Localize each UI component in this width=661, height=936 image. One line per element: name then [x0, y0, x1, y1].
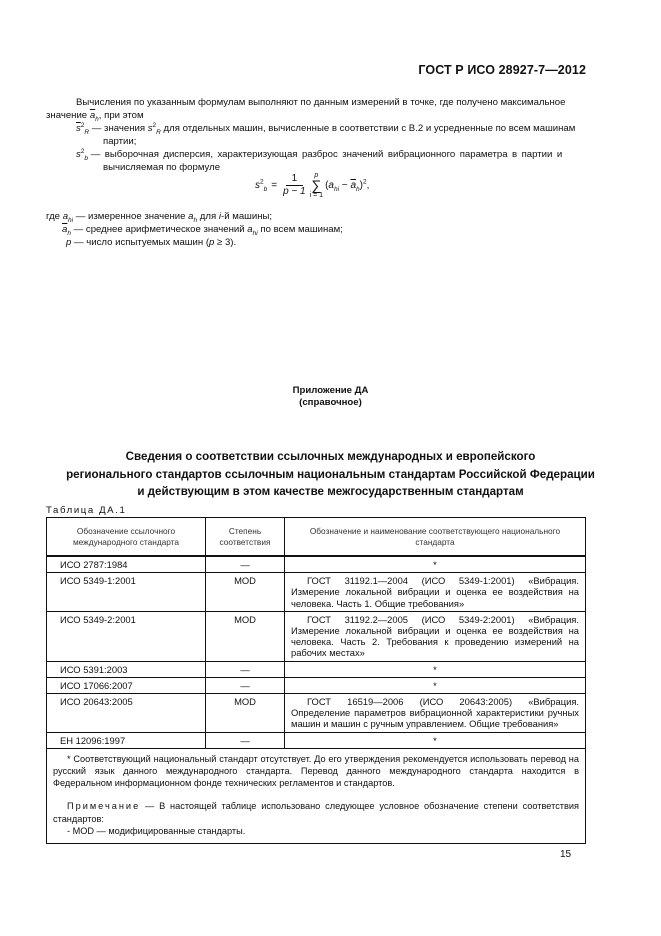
table-note: Примечание — В настоящей таблице использ… [53, 800, 579, 824]
page-number: 15 [560, 849, 571, 860]
table-notes-row: * Соответствующий национальный стандарт … [47, 748, 586, 843]
table-row: ИСО 20643:2005 MOD ГОСТ 16519—2006 (ИСО … [47, 694, 586, 733]
formula-lhs: s2b [255, 180, 267, 191]
definition-sb2: s2b — выборочная дисперсия, характеризую… [76, 148, 562, 161]
formula-body: (ahi − ah)2, [325, 180, 369, 191]
table-note-item: - MOD — модифицированные стандарты. [53, 825, 579, 837]
where-item-p: p — число испытуемых машин (p ≥ 3). [66, 236, 236, 249]
where-item-ahi: где ahi — измеренное значение ah для i-й… [46, 210, 272, 223]
table-row: ИСО 17066:2007 — * [47, 677, 586, 693]
table-row: ИСО 5349-1:2001 MOD ГОСТ 31192.1—2004 (И… [47, 573, 586, 612]
appendix-title: Приложение ДА [0, 385, 661, 397]
intro-line-1: Вычисления по указанным формулам выполня… [76, 96, 565, 109]
definition-sR2: s2R — значения s2R для отдельных машин, … [76, 122, 575, 135]
intro-line-2: значение ah, при этом [46, 109, 144, 122]
column-header-degree: Степень соответствия [206, 518, 285, 557]
column-header-national: Обозначение и наименование соответствующ… [285, 518, 586, 557]
column-header-reference: Обозначение ссылочного международного ст… [47, 518, 206, 557]
definition-sb2-continuation: вычисляемая по формуле [103, 161, 220, 174]
table-notes: * Соответствующий национальный стандарт … [47, 748, 586, 843]
table-footnote: * Соответствующий национальный стандарт … [53, 753, 579, 790]
where-item-ah-mean: ah — среднее арифметическое значений ahi… [62, 223, 343, 236]
formula-fraction: 1 p − 1 [283, 173, 306, 198]
definition-sR2-continuation: партии; [103, 135, 136, 148]
table-row: ИСО 2787:1984 — * [47, 556, 586, 573]
variance-formula: s2b = 1 p − 1 p ∑ i = 1 (ahi − ah)2, [255, 172, 369, 199]
table-row: ЕН 12096:1997 — * [47, 732, 586, 748]
correspondence-table: Обозначение ссылочного международного ст… [46, 517, 586, 844]
appendix-subtitle: (справочное) [0, 397, 661, 409]
document-header-standard-id: ГОСТ Р ИСО 28927-7—2012 [380, 63, 586, 77]
table-row: ИСО 5391:2003 — * [47, 661, 586, 677]
table-header-row: Обозначение ссылочного международного ст… [47, 518, 586, 557]
table-row: ИСО 5349-2:2001 MOD ГОСТ 31192.2—2005 (И… [47, 611, 586, 661]
section-title: Сведения о соответствии ссылочных междун… [0, 448, 661, 501]
appendix-heading: Приложение ДА (справочное) [0, 385, 661, 409]
table-caption: Таблица ДА.1 [46, 505, 126, 516]
summation-icon: p ∑ i = 1 [310, 172, 323, 199]
